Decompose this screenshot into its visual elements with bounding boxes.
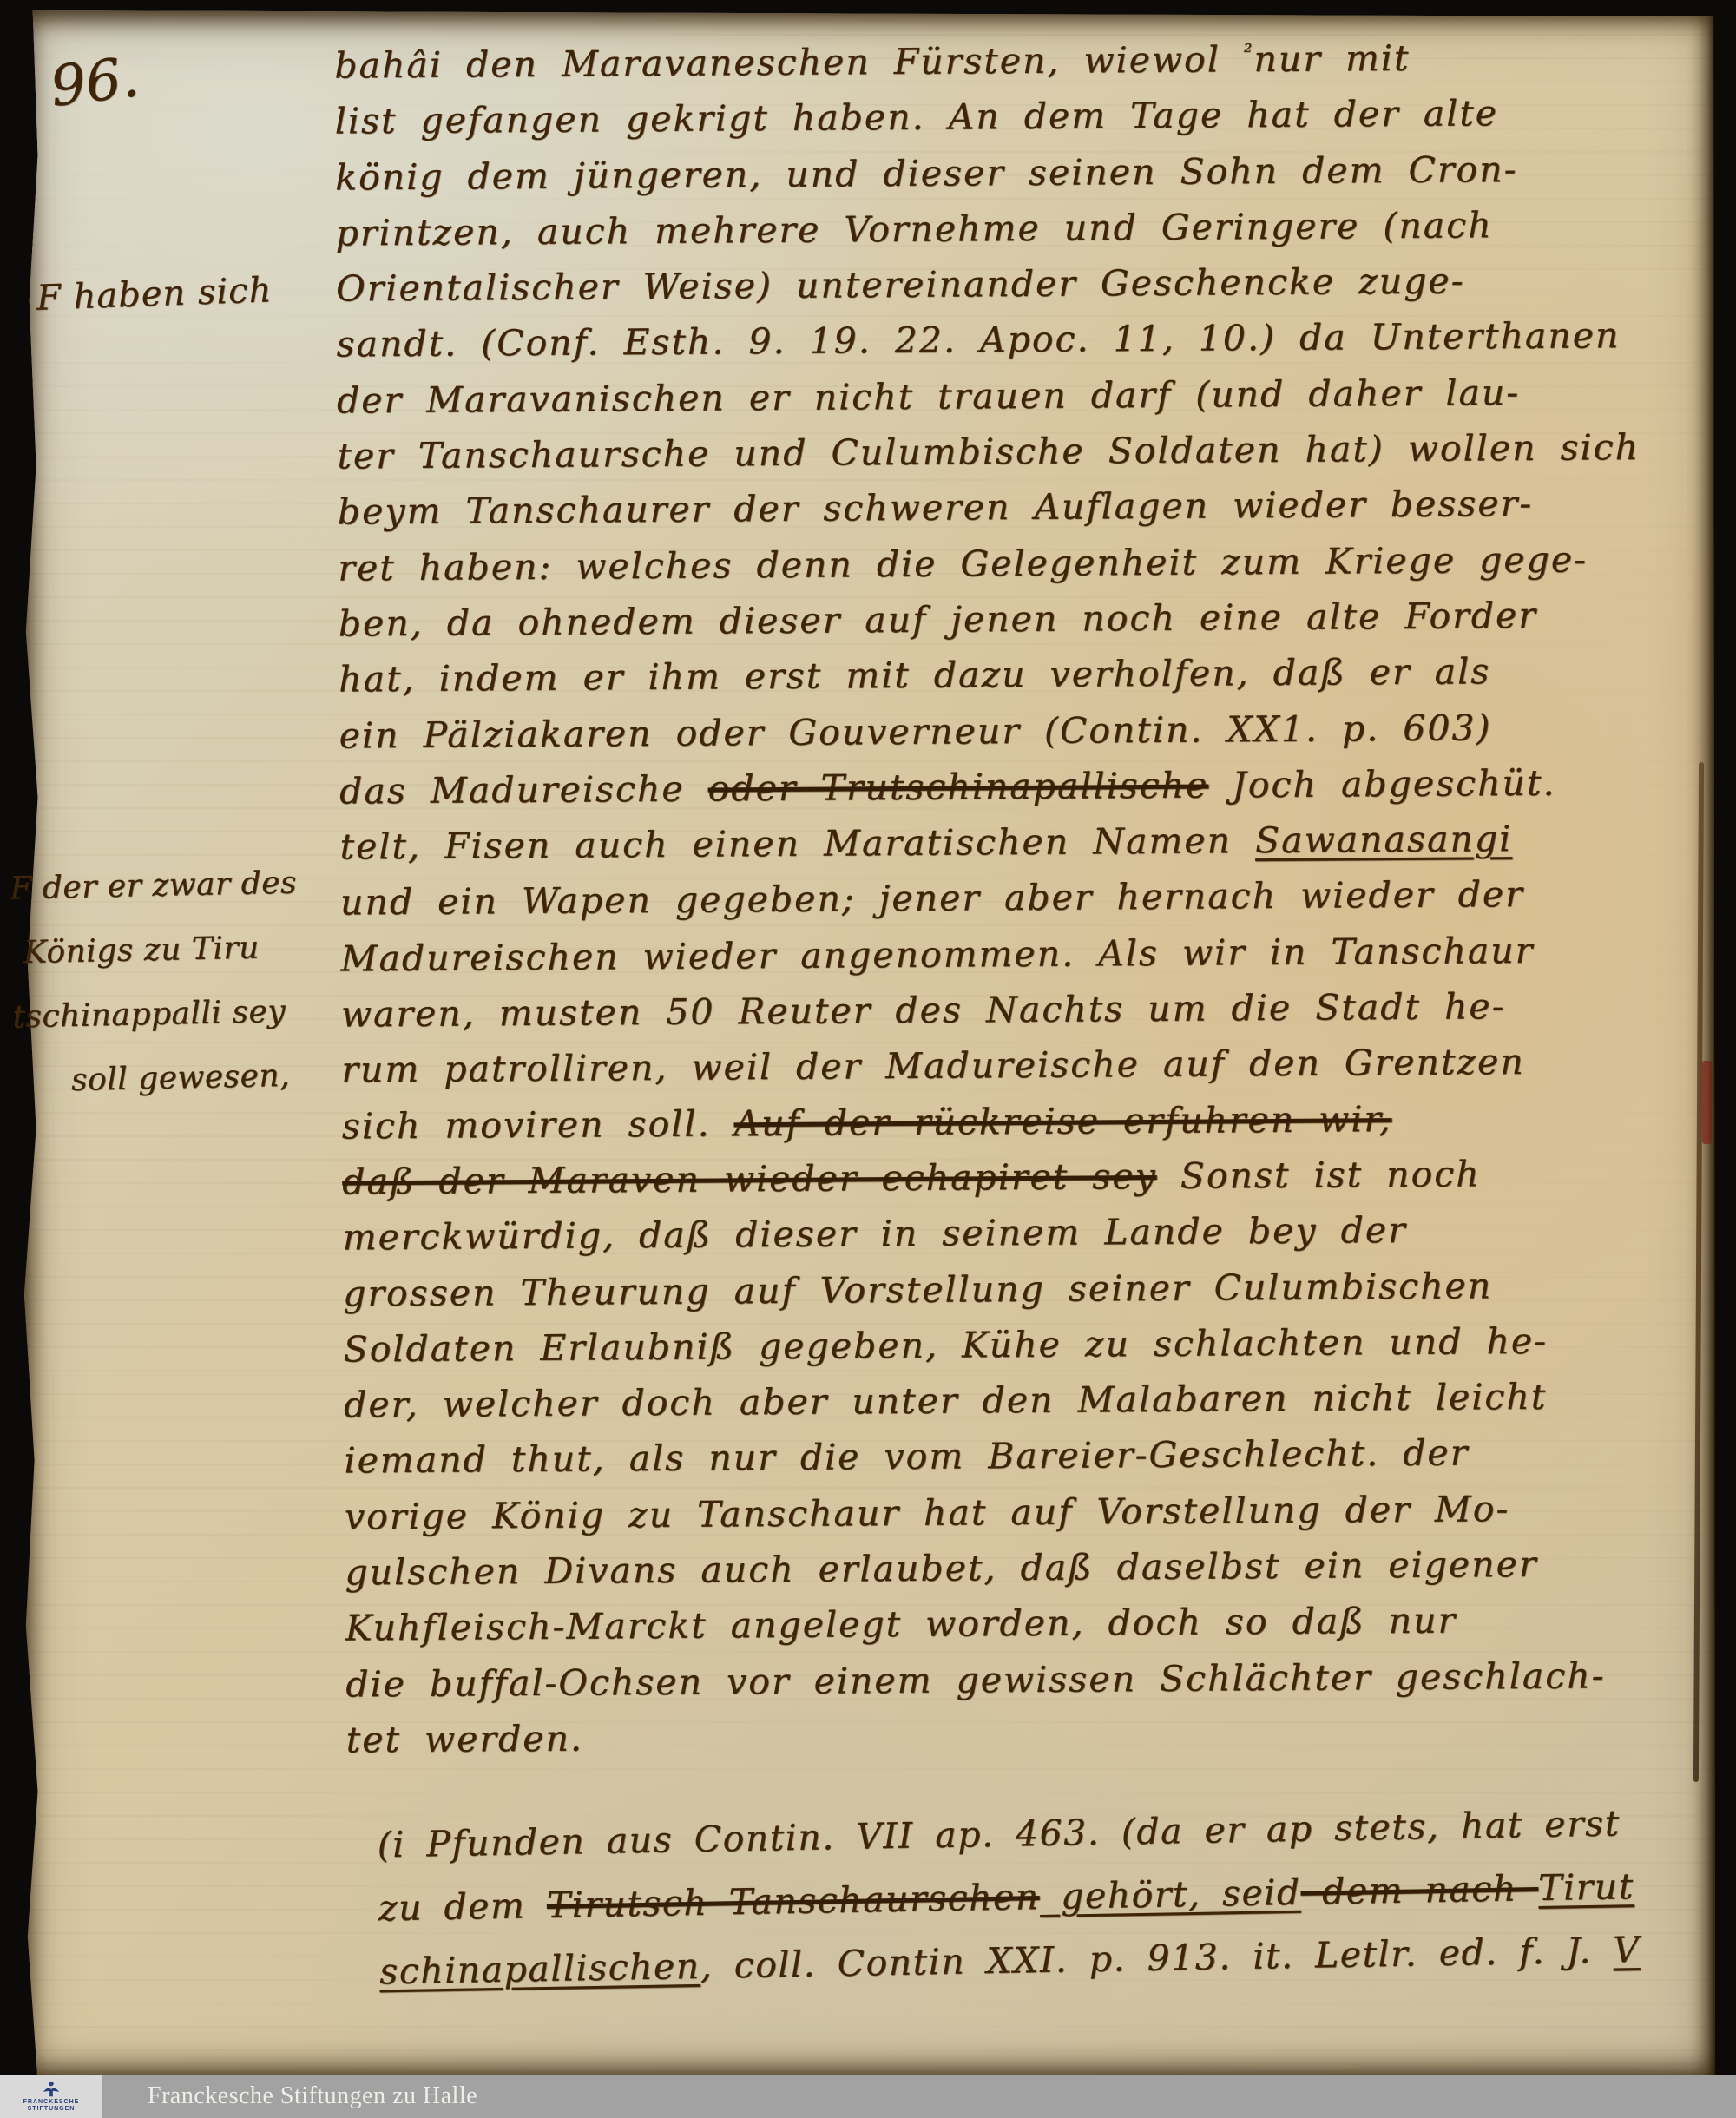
manuscript-line: ret haben: welches denn die Gelegenheit … [338,537,1709,602]
manuscript-line: daß der Maraven wieder echapiret sey Son… [342,1151,1713,1216]
manuscript-line: sandt. (Conf. Esth. 9. 19. 22. Apoc. 11,… [336,314,1707,379]
manuscript-line: hat, indem er ihm erst mit dazu verholfe… [339,649,1710,714]
manuscript-line: ter Tanschaursche und Culumbische Soldat… [337,426,1708,491]
archive-logo: FRANCKESCHE STIFTUNGEN [0,2075,102,2118]
manuscript-line: bahâi den Maravaneschen Fürsten, wiewol … [334,36,1706,101]
manuscript-line: und ein Wapen gegeben; jener aber hernac… [340,872,1712,937]
manuscript-line: gulschen Divans auch erlaubet, daß dasel… [345,1542,1716,1607]
eagle-sun-logo-icon [42,2080,61,2099]
manuscript-line: merckwürdig, daß dieser in seinem Lande … [342,1207,1713,1273]
manuscript-line: die buffal-Ochsen vor einem gewissen Sch… [345,1654,1717,1719]
manuscript-photo: 96. F haben sich F der er zwar desKönigs… [0,0,1736,2118]
manuscript-line: Orientalischer Weise) untereinander Gesc… [336,259,1707,324]
manuscript-line: rum patrolliren, weil der Madureische au… [341,1040,1713,1105]
archive-name-label: Franckesche Stiftungen zu Halle [148,2082,477,2110]
margin-note: F haben sich [36,270,273,318]
manuscript-line: Soldaten Erlaubniß gegeben, Kühe zu schl… [343,1319,1714,1384]
manuscript-line: sich moviren soll. Auf der rückreise erf… [342,1095,1713,1161]
manuscript-line: telt, Fisen auch einen Maratischen Namen… [339,817,1711,882]
manuscript-footnote: (i Pfunden aus Contin. VII ap. 463. (da … [377,1801,1708,2015]
page-number: 96. [47,45,142,120]
manuscript-body-text: bahâi den Maravaneschen Fürsten, wiewol … [334,36,1718,1775]
logo-caption-line2: STIFTUNGEN [28,2106,76,2113]
manuscript-line: Königs zu Tiru [10,930,299,1000]
manuscript-line: list gefangen gekrigt haben. An dem Tage… [335,91,1706,156]
manuscript-line: beym Tanschaurer der schweren Auflagen w… [338,482,1709,547]
manuscript-line: tschinappalli sey [12,994,300,1064]
manuscript-line: waren, musten 50 Reuter des Nachts um di… [341,984,1713,1049]
manuscript-line: könig dem jüngeren, und dieser seinen So… [335,147,1706,212]
manuscript-line: F der er zwar des [10,865,298,936]
manuscript-line: der Maravanischen er nicht trauen darf (… [337,370,1708,435]
manuscript-line: ein Pälziakaren oder Gouverneur (Contin.… [339,705,1710,770]
manuscript-line: soll gewesen, [14,1058,302,1128]
manuscript-line: grossen Theurung auf Vorstellung seiner … [343,1263,1714,1328]
manuscript-line: Kuhfleisch-Marckt angelegt worden, doch … [345,1598,1717,1663]
page-edge-shadow [1708,0,1720,2076]
archive-watermark-bar: FRANCKESCHE STIFTUNGEN Franckesche Stift… [0,2075,1736,2118]
margin-note: F der er zwar desKönigs zu Tirutschinapp… [10,865,302,1128]
manuscript-line: iemand thut, als nur die vom Bareier-Ges… [344,1431,1715,1496]
manuscript-line: ben, da ohnedem dieser auf jenen noch ei… [339,593,1710,658]
manuscript-line: der, welcher doch aber unter den Malabar… [344,1375,1715,1440]
manuscript-line: vorige König zu Tanschaur hat auf Vorste… [345,1486,1716,1551]
manuscript-line: tet werden. [346,1709,1718,1774]
manuscript-line: Madureischen wieder angenommen. Als wir … [340,928,1712,993]
manuscript-line: das Madureische oder Trutschinapallische… [339,760,1711,825]
manuscript-line: printzen, auch mehrere Vornehme und Geri… [335,202,1706,267]
logo-caption-line1: FRANCKESCHE [23,2099,80,2106]
